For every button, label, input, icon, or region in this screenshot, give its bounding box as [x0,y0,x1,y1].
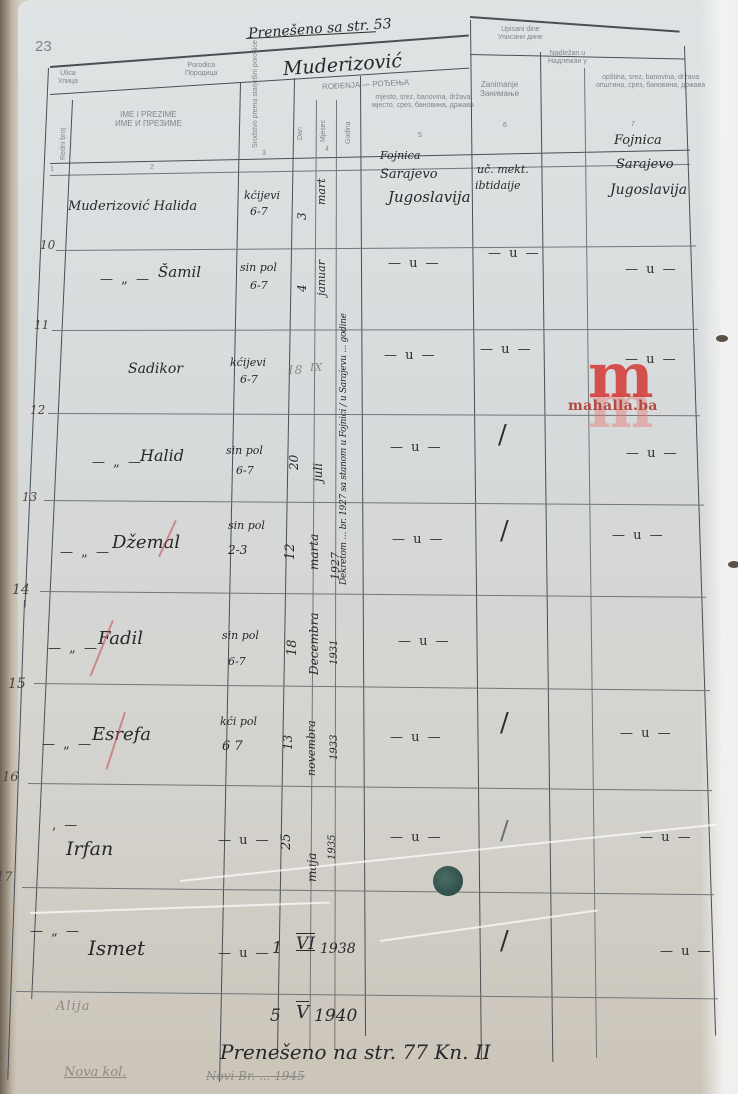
domicile-line1: Fojnica [614,134,662,147]
domicile-group-label: Nadležan uНадлежан у [548,50,587,66]
person-name: Esrefa [92,726,151,744]
relation-code: 6-7 [228,656,246,667]
birth-month: novembra [306,720,317,776]
footer-faint-note-2: Novi Br. ... 1945 [206,1070,305,1082]
birth-day: 12 [284,543,297,560]
birth-year: 1931 [330,640,340,665]
ditto-mark: — u — [612,528,665,543]
person-name-faint: Alija [56,1000,91,1013]
birth-place-line3: Jugoslavija [388,190,471,205]
ditto-mark: — „ — [100,272,151,287]
ink-stamp-dot [433,866,463,896]
birth-place-line2: Sarajevo [380,168,438,181]
birth-month: januar [316,260,327,296]
domicile-place-label: opština, srez, banovina, državaопштина, … [596,74,705,90]
col-num-1: 1 [50,166,54,174]
person-name: Muderizović Halida [68,200,197,213]
birth-year: 1940 [314,1008,357,1025]
birth-month: V [296,1004,309,1022]
col-num-2: 2 [150,164,154,172]
ditto-mark: ‚ — [52,818,79,833]
birth-day: 18 [287,364,302,376]
relation-code: 6-7 [236,465,254,476]
birth-day-label: Dan [297,127,305,140]
col2-label: IME I PREZIMEИМЕ И ПРЕЗИМЕ [115,110,182,128]
birth-year: 1935 [328,835,338,860]
slash-mark: / [498,420,507,450]
ditto-mark: — u — [390,730,443,745]
slash-mark: / [500,926,509,956]
relation: kćijevi [230,357,266,368]
watermark-text: mahalla.ba [568,398,658,414]
page-number: 23 [35,38,52,55]
watermark-logo: m m mahalla.ba [568,350,668,430]
ditto-mark: — „ — [30,924,81,939]
col-num-5: 5 [418,132,422,140]
ditto-mark: — u — [625,262,678,277]
vertical-decree-note: Dekretom ... br. 1927 sa stanom u Fojnic… [340,145,349,585]
birth-day: 13 [282,735,294,750]
birth-day: 20 [288,455,300,470]
binder-hole [728,561,738,568]
person-name: Sadikor [128,362,183,376]
slash-mark: / [500,516,509,546]
person-name: Šamil [158,265,201,280]
birth-month: mart [316,178,327,205]
ditto-mark: — „ — [48,641,99,656]
relation-code: 6 7 [222,740,243,753]
enrolled-label: Upisani dineУписани дине [498,26,543,42]
footer-faint-note-1: Nova kol. [64,1066,126,1079]
birth-place-label: mjesto, srez, banovina, državaмјесто, ср… [372,94,474,110]
ditto-mark: — u — [480,342,533,357]
ditto-mark: — „ — [60,545,111,560]
occupation-label: ZanimanjeЗанимање [480,80,519,98]
birth-month-label: Mjesec [320,120,328,142]
col-num-4: 4 [325,146,329,154]
col-num-3: 3 [262,150,266,158]
relation-code: 6-7 [240,374,258,385]
birth-month: IX [310,362,322,373]
street-label: UlicaУлица [58,70,78,86]
relation: sin pol [228,520,265,531]
birth-place-line1: Fojnica [380,150,420,161]
birth-day: 25 [280,833,293,850]
row-number: 15 [8,676,26,692]
ditto-mark: — „ — [42,737,93,752]
row-number: 10 [40,238,55,252]
domicile-line3: Jugoslavija [610,183,687,197]
person-name: Džemal [112,534,180,552]
ditto-mark: — u — [390,830,443,845]
row-number: 17 [0,870,13,885]
ditto-mark: — u — [388,256,441,271]
row-number: 12 [30,403,45,417]
birth-day: 4 [296,284,308,292]
ditto-mark: — u — [384,348,437,363]
occupation-line1: uč. mekt. [477,164,529,175]
birth-year: 1938 [320,942,356,956]
person-name: Halid [140,448,184,464]
ditto-mark: — u — [620,726,673,741]
watermark-m-icon: m [588,350,654,403]
birth-month: juli [312,463,324,482]
slash-mark: / [500,816,509,846]
birth-year-label: Godina [345,121,353,144]
col3-label: Srodstvo prema starješini porodice [252,40,260,148]
occupation-line2: ibtidaije [475,180,521,191]
col1-label: Redni broj [60,128,68,160]
birth-year: 1933 [330,735,340,760]
birth-month: marta [308,534,320,570]
ditto-mark: — u — [488,246,541,261]
birth-day: 18 [286,639,299,656]
relation: sin pol [226,445,263,456]
ditto-mark: — u — [626,446,679,461]
row-number: 13 [22,490,37,504]
relation-code: 6-7 [250,206,268,217]
row-number: 16 [2,770,19,785]
row-number: 11 [34,318,49,332]
ditto-mark: — „ — [92,455,143,470]
ditto-mark: — u — [218,946,271,961]
birth-day: 5 [270,1008,281,1025]
relation: sin pol [240,262,277,273]
relation-code: 2-3 [228,544,247,556]
ditto-mark: — u — [392,532,445,547]
relation: kći pol [220,716,257,727]
ditto-mark: — u — [218,833,271,848]
relation: sin pol [222,630,259,641]
col-num-6: 6 [503,122,507,130]
person-name: Irfan [66,840,113,859]
ditto-mark: — u — [660,944,713,959]
birth-month: Decembra [308,613,320,676]
col-num-7: 7 [631,121,635,129]
binder-hole [716,335,728,342]
birth-day: 1 [272,940,282,956]
row-number: 14 [12,582,30,598]
person-name: Ismet [88,938,145,958]
ditto-mark: — u — [390,440,443,455]
family-label: PorodicaПородица [185,62,217,78]
relation-code: 6-7 [250,280,268,291]
transfer-note-footer: Prenešeno na str. 77 Kn. II [220,1042,491,1062]
domicile-line2: Sarajevo [616,158,674,171]
birth-day: 3 [296,212,308,220]
birth-month: VI [296,936,315,953]
page-right-edge [700,0,738,1094]
relation: kćijevi [244,190,280,201]
ditto-mark: — u — [398,634,451,649]
slash-mark: / [500,708,509,738]
